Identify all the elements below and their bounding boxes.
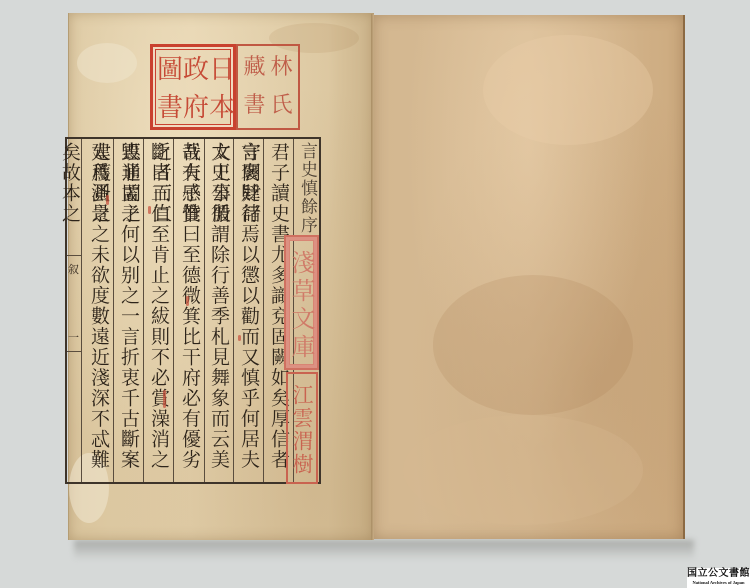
seal-char: 府 bbox=[183, 89, 209, 127]
red-annotation-mark bbox=[148, 206, 151, 214]
text-frame: 叙 一 太爲測景之未欲度數遠近淺深不忒難矣故本之 毀非孟子何以别之一言折衷千古斷… bbox=[65, 137, 321, 484]
paper-stain bbox=[77, 43, 137, 83]
seal-char: 林 bbox=[268, 49, 295, 87]
seal-char: 書 bbox=[157, 89, 183, 127]
seal-char: 圖 bbox=[157, 51, 183, 89]
red-annotation-mark bbox=[106, 195, 109, 205]
paper-stain bbox=[483, 35, 653, 145]
seal-char: 藏 bbox=[241, 49, 268, 87]
asakusa-bunko-seal: 淺草文庫 bbox=[284, 235, 319, 370]
seal-char: 氏 bbox=[268, 87, 295, 125]
seal-char: 本 bbox=[209, 89, 235, 127]
seal-char: 書 bbox=[241, 87, 268, 125]
red-annotation-mark bbox=[163, 390, 166, 408]
margin-page-number: 一 bbox=[68, 329, 79, 345]
red-annotation-mark bbox=[186, 296, 189, 306]
seal-char: 日 bbox=[209, 51, 235, 89]
right-page bbox=[373, 15, 685, 539]
national-archives-watermark: 国立公文書館 National Archives of Japan bbox=[687, 568, 750, 588]
book-shadow bbox=[74, 540, 694, 560]
paper-stain bbox=[433, 275, 633, 415]
book-gutter bbox=[371, 14, 374, 540]
red-annotation-mark bbox=[238, 335, 241, 341]
watermark-english: National Archives of Japan bbox=[687, 579, 750, 586]
watermark-japanese: 国立公文書館 bbox=[687, 568, 750, 579]
margin-label: 叙 bbox=[68, 261, 79, 277]
nihon-seifu-toshokan-seal: 日 政 圖 本 府 書 bbox=[150, 44, 236, 130]
small-square-seal: 江雲渭樹 bbox=[286, 372, 318, 484]
hayashi-zosho-seal: 林 氏 藏 書 bbox=[236, 44, 300, 130]
paper-stain bbox=[403, 415, 643, 525]
seal-char: 政 bbox=[183, 51, 209, 89]
